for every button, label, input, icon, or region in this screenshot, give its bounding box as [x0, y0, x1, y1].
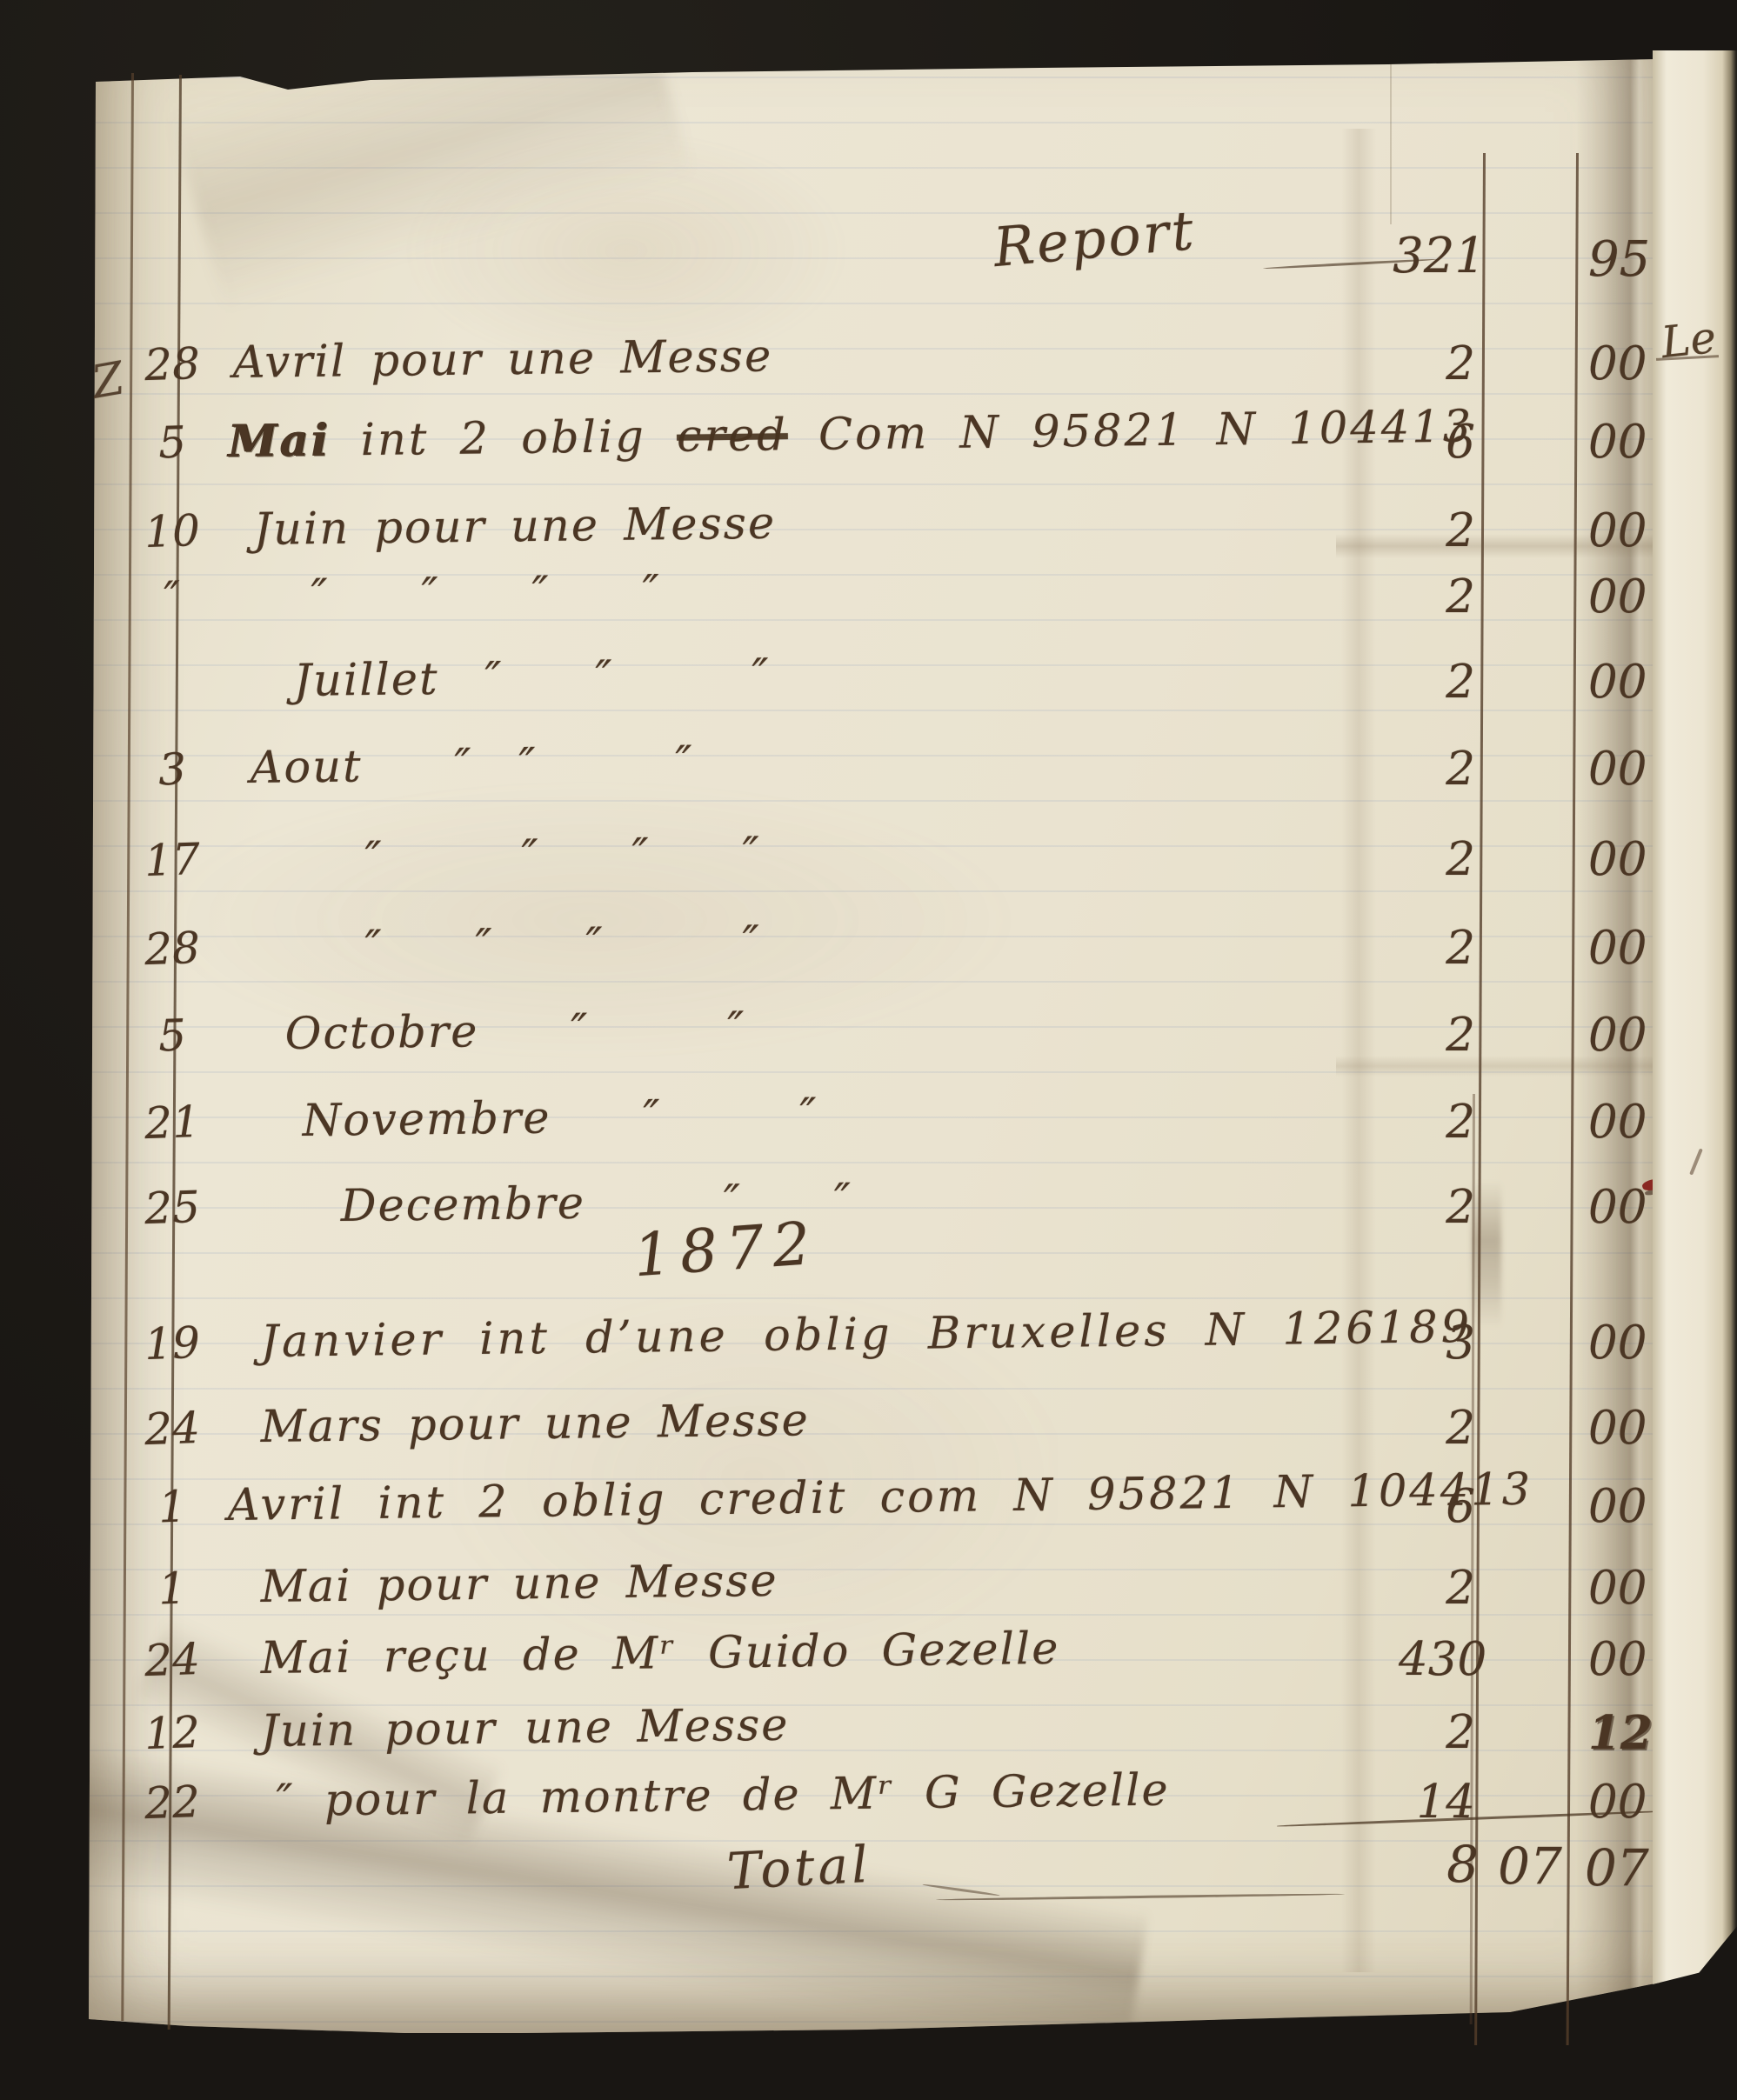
amount-francs: 2 — [1346, 504, 1475, 557]
entry-date: 22 — [131, 1776, 213, 1829]
amount-francs: 3 — [1346, 1317, 1475, 1370]
amount-francs: 430 — [1399, 1633, 1529, 1686]
report-row: Report 321 95 — [0, 207, 1737, 290]
ledger-row: 17 ″ ″ ″ ″ 2 00 — [0, 828, 1737, 911]
entry-date: 10 — [131, 504, 213, 557]
entry-description-ditto: ″ ″ ″ ″ — [364, 828, 761, 884]
amount-francs: 2 — [1346, 1096, 1475, 1149]
adjacent-page-edge: Le — [1653, 50, 1737, 1984]
entry-date: 1 — [131, 1562, 213, 1615]
amount-francs: 6 — [1346, 1480, 1475, 1533]
entry-description-ditto: ″ ″ ″ ″ — [364, 917, 761, 973]
entry-description: ″ pour la montre de Mʳ G Gezelle — [276, 1764, 1170, 1827]
ledger-row: ″ ″ ″ ″ ″ 2 00 — [0, 565, 1737, 649]
amount-francs: 2 — [1346, 1706, 1475, 1759]
entry-description: Juillet ″ ″ ″ — [293, 650, 771, 707]
ledger-row: 19 Janvier int d’une oblig Bruxelles N 1… — [0, 1311, 1737, 1395]
entry-date: 5 — [131, 1009, 213, 1062]
entry-word-struck-out: cred — [677, 410, 788, 463]
entry-word-overwritten: Mai — [227, 415, 331, 468]
entry-date: 3 — [131, 743, 213, 796]
entry-date — [132, 656, 212, 658]
year-heading: 1872 — [538, 1203, 915, 1297]
entry-date: 17 — [131, 833, 213, 886]
entry-date: 28 — [131, 337, 213, 390]
entry-description: Mai int 2 oblig cred Com N 95821 N 10441… — [227, 401, 1473, 468]
amount-francs: 2 — [1346, 1402, 1475, 1455]
entry-description: Aout ″ ″ ″ — [250, 737, 694, 794]
report-label: Report — [991, 198, 1198, 279]
entry-date: 21 — [131, 1096, 213, 1149]
entry-description: Mai reçu de Mʳ Guido Gezelle — [260, 1623, 1059, 1684]
entry-date: 24 — [131, 1633, 213, 1686]
amount-francs: 321 — [1374, 228, 1486, 284]
total-row: Total 8 07 07 — [0, 1831, 1737, 1915]
entry-date: 5 — [131, 416, 213, 469]
year-heading-row: 1872 — [0, 1216, 1737, 1299]
amount-francs: 2 — [1346, 922, 1475, 975]
entry-description: Juin pour une Messe — [253, 498, 776, 556]
ledger-row: 1 Avril int 2 oblig credit com N 95821 N… — [0, 1475, 1737, 1558]
amount-francs: 2 — [1346, 833, 1475, 886]
amount-francs: 2 — [1346, 337, 1475, 390]
entry-description: Avril pour une Messe — [232, 330, 772, 389]
entry-description: Juin pour une Messe — [260, 1700, 789, 1757]
adjacent-page-tick — [1689, 1148, 1703, 1175]
entry-description: Janvier int d’une oblig Bruxelles N 1261… — [260, 1302, 1473, 1368]
amount-francs: 2 — [1346, 743, 1475, 796]
ledger-row: 5 Octobre ″ ″ 2 00 — [0, 1003, 1737, 1087]
amount-francs: 6 — [1346, 416, 1475, 469]
ledger-row: 28 Avril pour une Messe 2 00 — [0, 332, 1737, 416]
entry-text: int 2 oblig — [330, 411, 677, 467]
total-flourish-dash — [922, 1883, 1000, 1897]
entry-date: 19 — [131, 1317, 213, 1370]
ledger-row: 5 Mai int 2 oblig cred Com N 95821 N 104… — [0, 410, 1737, 494]
amount-francs: 2 — [1346, 656, 1475, 709]
ledger-row: 3 Aout ″ ″ ″ 2 00 — [0, 737, 1737, 821]
entry-description: Octobre ″ ″ — [284, 1003, 746, 1060]
ledger-row: 21 Novembre ″ ″ 2 00 — [0, 1090, 1737, 1174]
amount-francs: 2 — [1346, 1562, 1475, 1615]
ledger-row: Juillet ″ ″ ″ 2 00 — [0, 650, 1737, 734]
entry-date: 24 — [131, 1402, 213, 1455]
total-francs-inner: 07 — [1489, 1837, 1571, 1896]
entry-date-ditto: ″ — [131, 570, 213, 623]
entry-description: Mai pour une Messe — [260, 1556, 778, 1613]
ledger-row: 28 ″ ″ ″ ″ 2 00 — [0, 917, 1737, 1000]
total-label: Total — [725, 1835, 872, 1902]
entry-date: 28 — [131, 922, 213, 975]
entry-description: Mars pour une Messe — [260, 1395, 810, 1453]
ledger-row: 24 Mai reçu de Mʳ Guido Gezelle 430 00 — [0, 1628, 1737, 1711]
entry-description: Avril int 2 oblig credit com N 95821 N 1… — [227, 1464, 1533, 1531]
amount-francs: 2 — [1346, 570, 1475, 623]
amount-francs: 2 — [1346, 1009, 1475, 1062]
entry-description-ditto: ″ ″ ″ ″ — [311, 566, 661, 622]
entry-description: Novembre ″ ″ — [302, 1090, 818, 1147]
ledger-scan: Z Report 321 95 28 Avril pour une Messe … — [0, 0, 1737, 2100]
entry-date: 1 — [131, 1480, 213, 1533]
entry-date: 12 — [131, 1706, 213, 1759]
total-francs-outer: 8 — [1406, 1835, 1479, 1894]
